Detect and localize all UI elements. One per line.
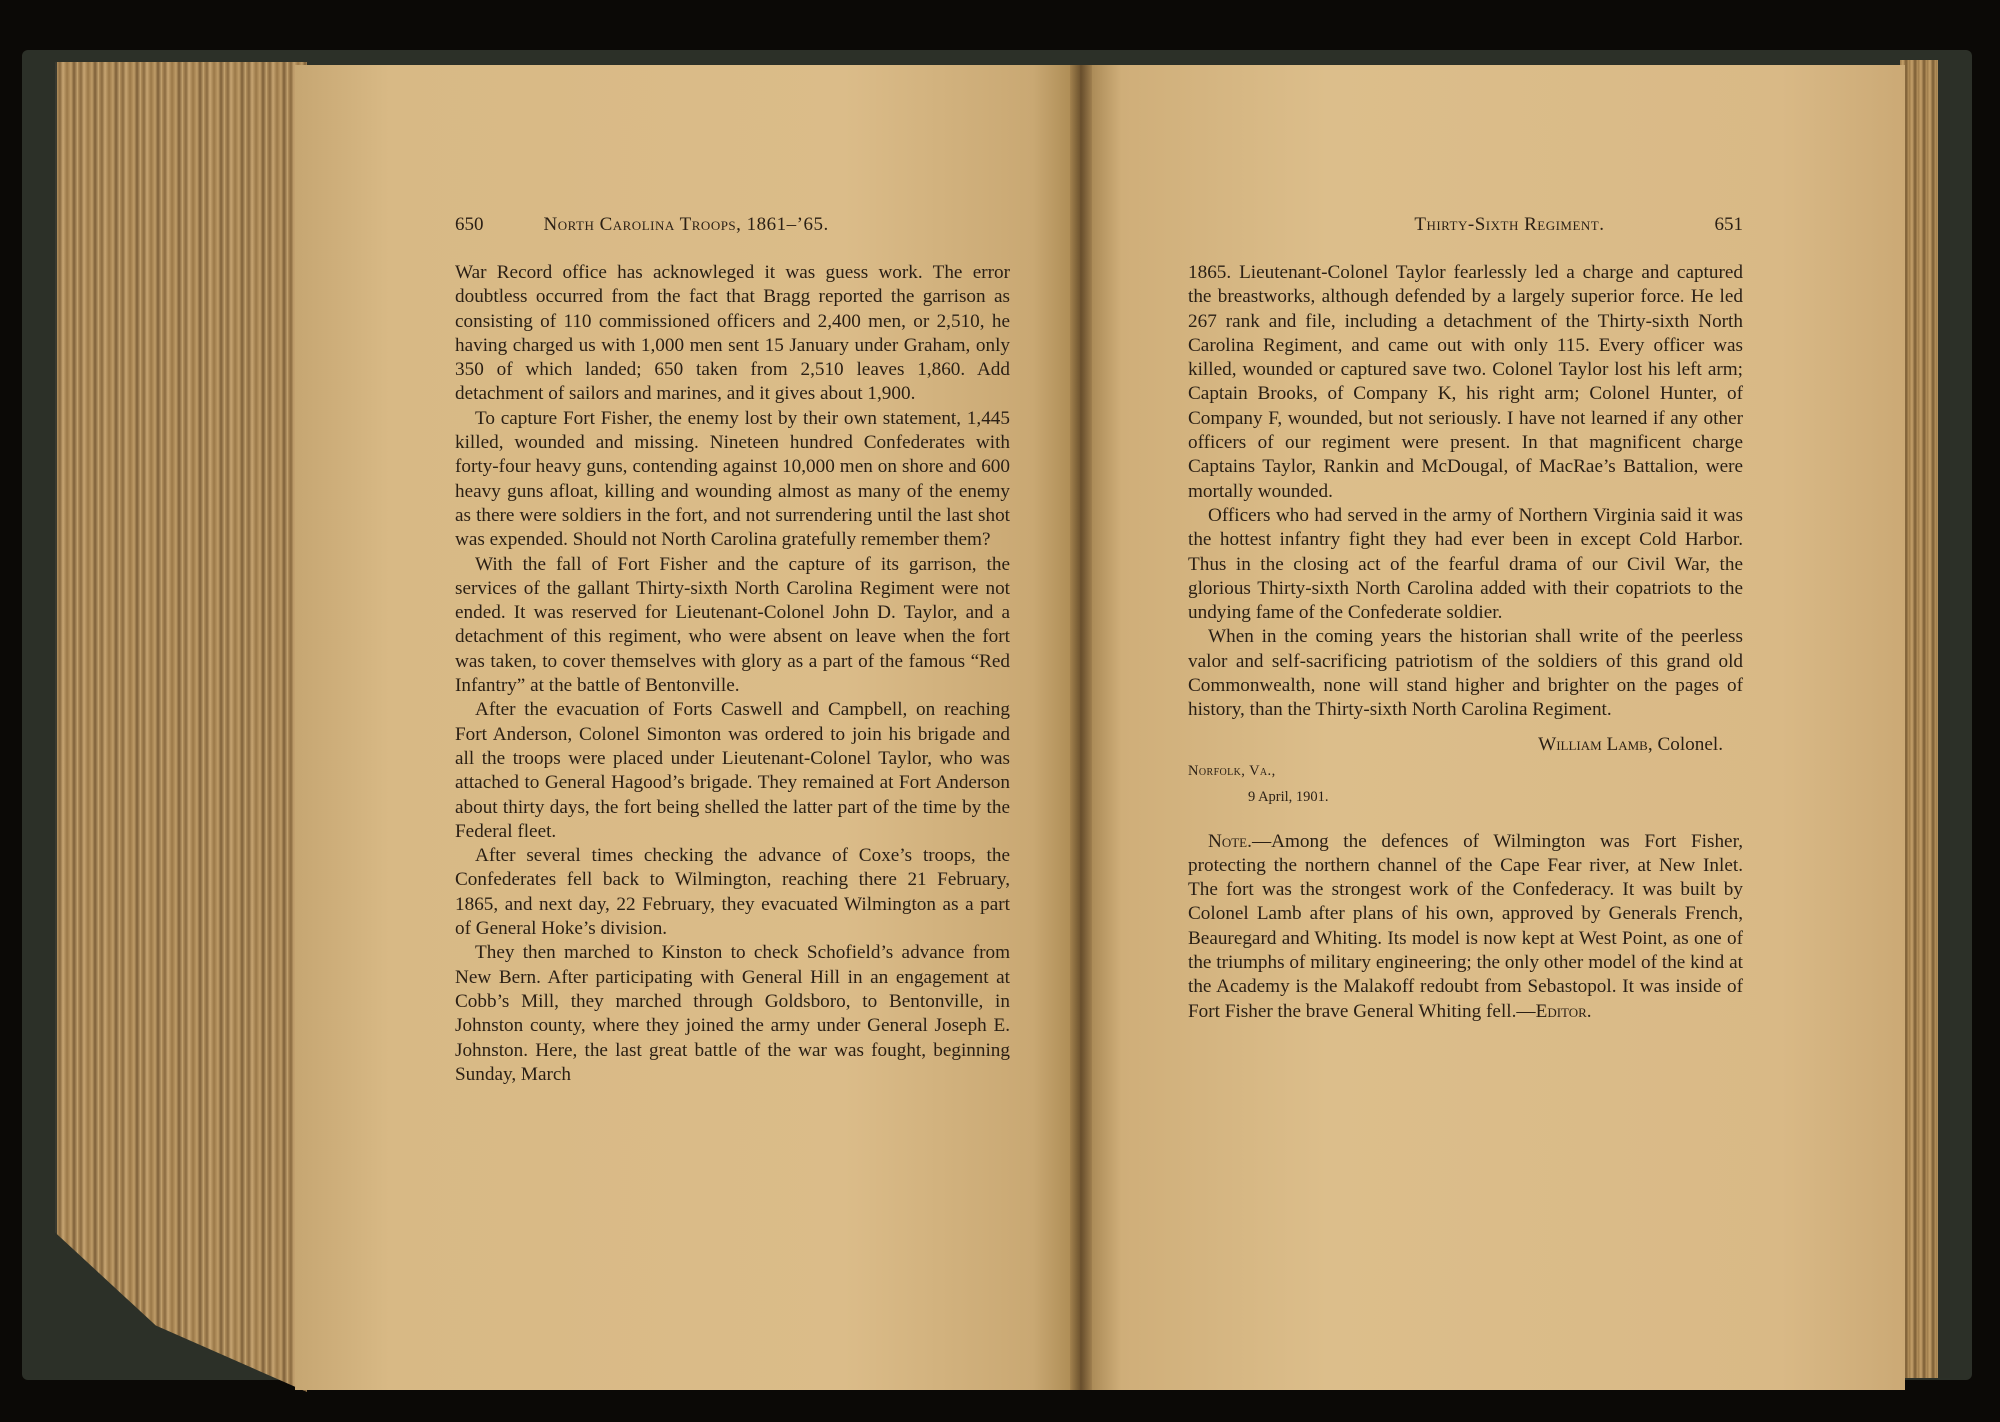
paragraph: After the evacuation of Forts Caswell an… (455, 698, 1010, 844)
note-label: Note. (1208, 831, 1252, 852)
signature: William Lamb, Colonel. (1188, 733, 1743, 757)
left-running-head: 650 North Carolina Troops, 1861–’65. (455, 213, 1010, 241)
running-head-title: North Carolina Troops, 1861–’65. (544, 213, 829, 237)
date-line: 9 April, 1901. (1188, 785, 1743, 809)
paragraph: Officers who had served in the army of N… (1188, 504, 1743, 625)
right-page: Thirty-Sixth Regiment. 651 1865. Lieuten… (1080, 65, 1905, 1390)
paragraph: When in the coming years the historian s… (1188, 625, 1743, 722)
left-text-column: 650 North Carolina Troops, 1861–’65. War… (455, 213, 1010, 1087)
left-page-edges (55, 62, 307, 1392)
place-line: Norfolk, Va., (1188, 759, 1743, 783)
note-editor: Editor. (1536, 1001, 1592, 1022)
right-running-head: Thirty-Sixth Regiment. 651 (1188, 213, 1743, 241)
signature-name: William Lamb (1538, 734, 1648, 755)
page-number: 651 (1715, 213, 1744, 237)
paragraph: After several times checking the advance… (455, 844, 1010, 941)
running-head-title: Thirty-Sixth Regiment. (1414, 213, 1604, 237)
book-gutter (1070, 65, 1092, 1390)
right-text-column: Thirty-Sixth Regiment. 651 1865. Lieuten… (1188, 213, 1743, 1024)
paragraph: 1865. Lieutenant-Colonel Taylor fearless… (1188, 261, 1743, 504)
paragraph: They then marched to Kinston to check Sc… (455, 941, 1010, 1087)
signature-title: , Colonel. (1648, 734, 1723, 755)
page-number: 650 (455, 213, 484, 237)
paragraph: With the fall of Fort Fisher and the cap… (455, 553, 1010, 699)
paragraph: War Record office has acknowleged it was… (455, 261, 1010, 407)
paragraph: To capture Fort Fisher, the enemy lost b… (455, 407, 1010, 553)
editor-note: Note.—Among the defences of Wilmington w… (1188, 830, 1743, 1024)
note-text: —Among the defences of Wilmington was Fo… (1188, 831, 1743, 1022)
right-page-edges (1900, 60, 1950, 1378)
left-page: 650 North Carolina Troops, 1861–’65. War… (295, 65, 1080, 1390)
